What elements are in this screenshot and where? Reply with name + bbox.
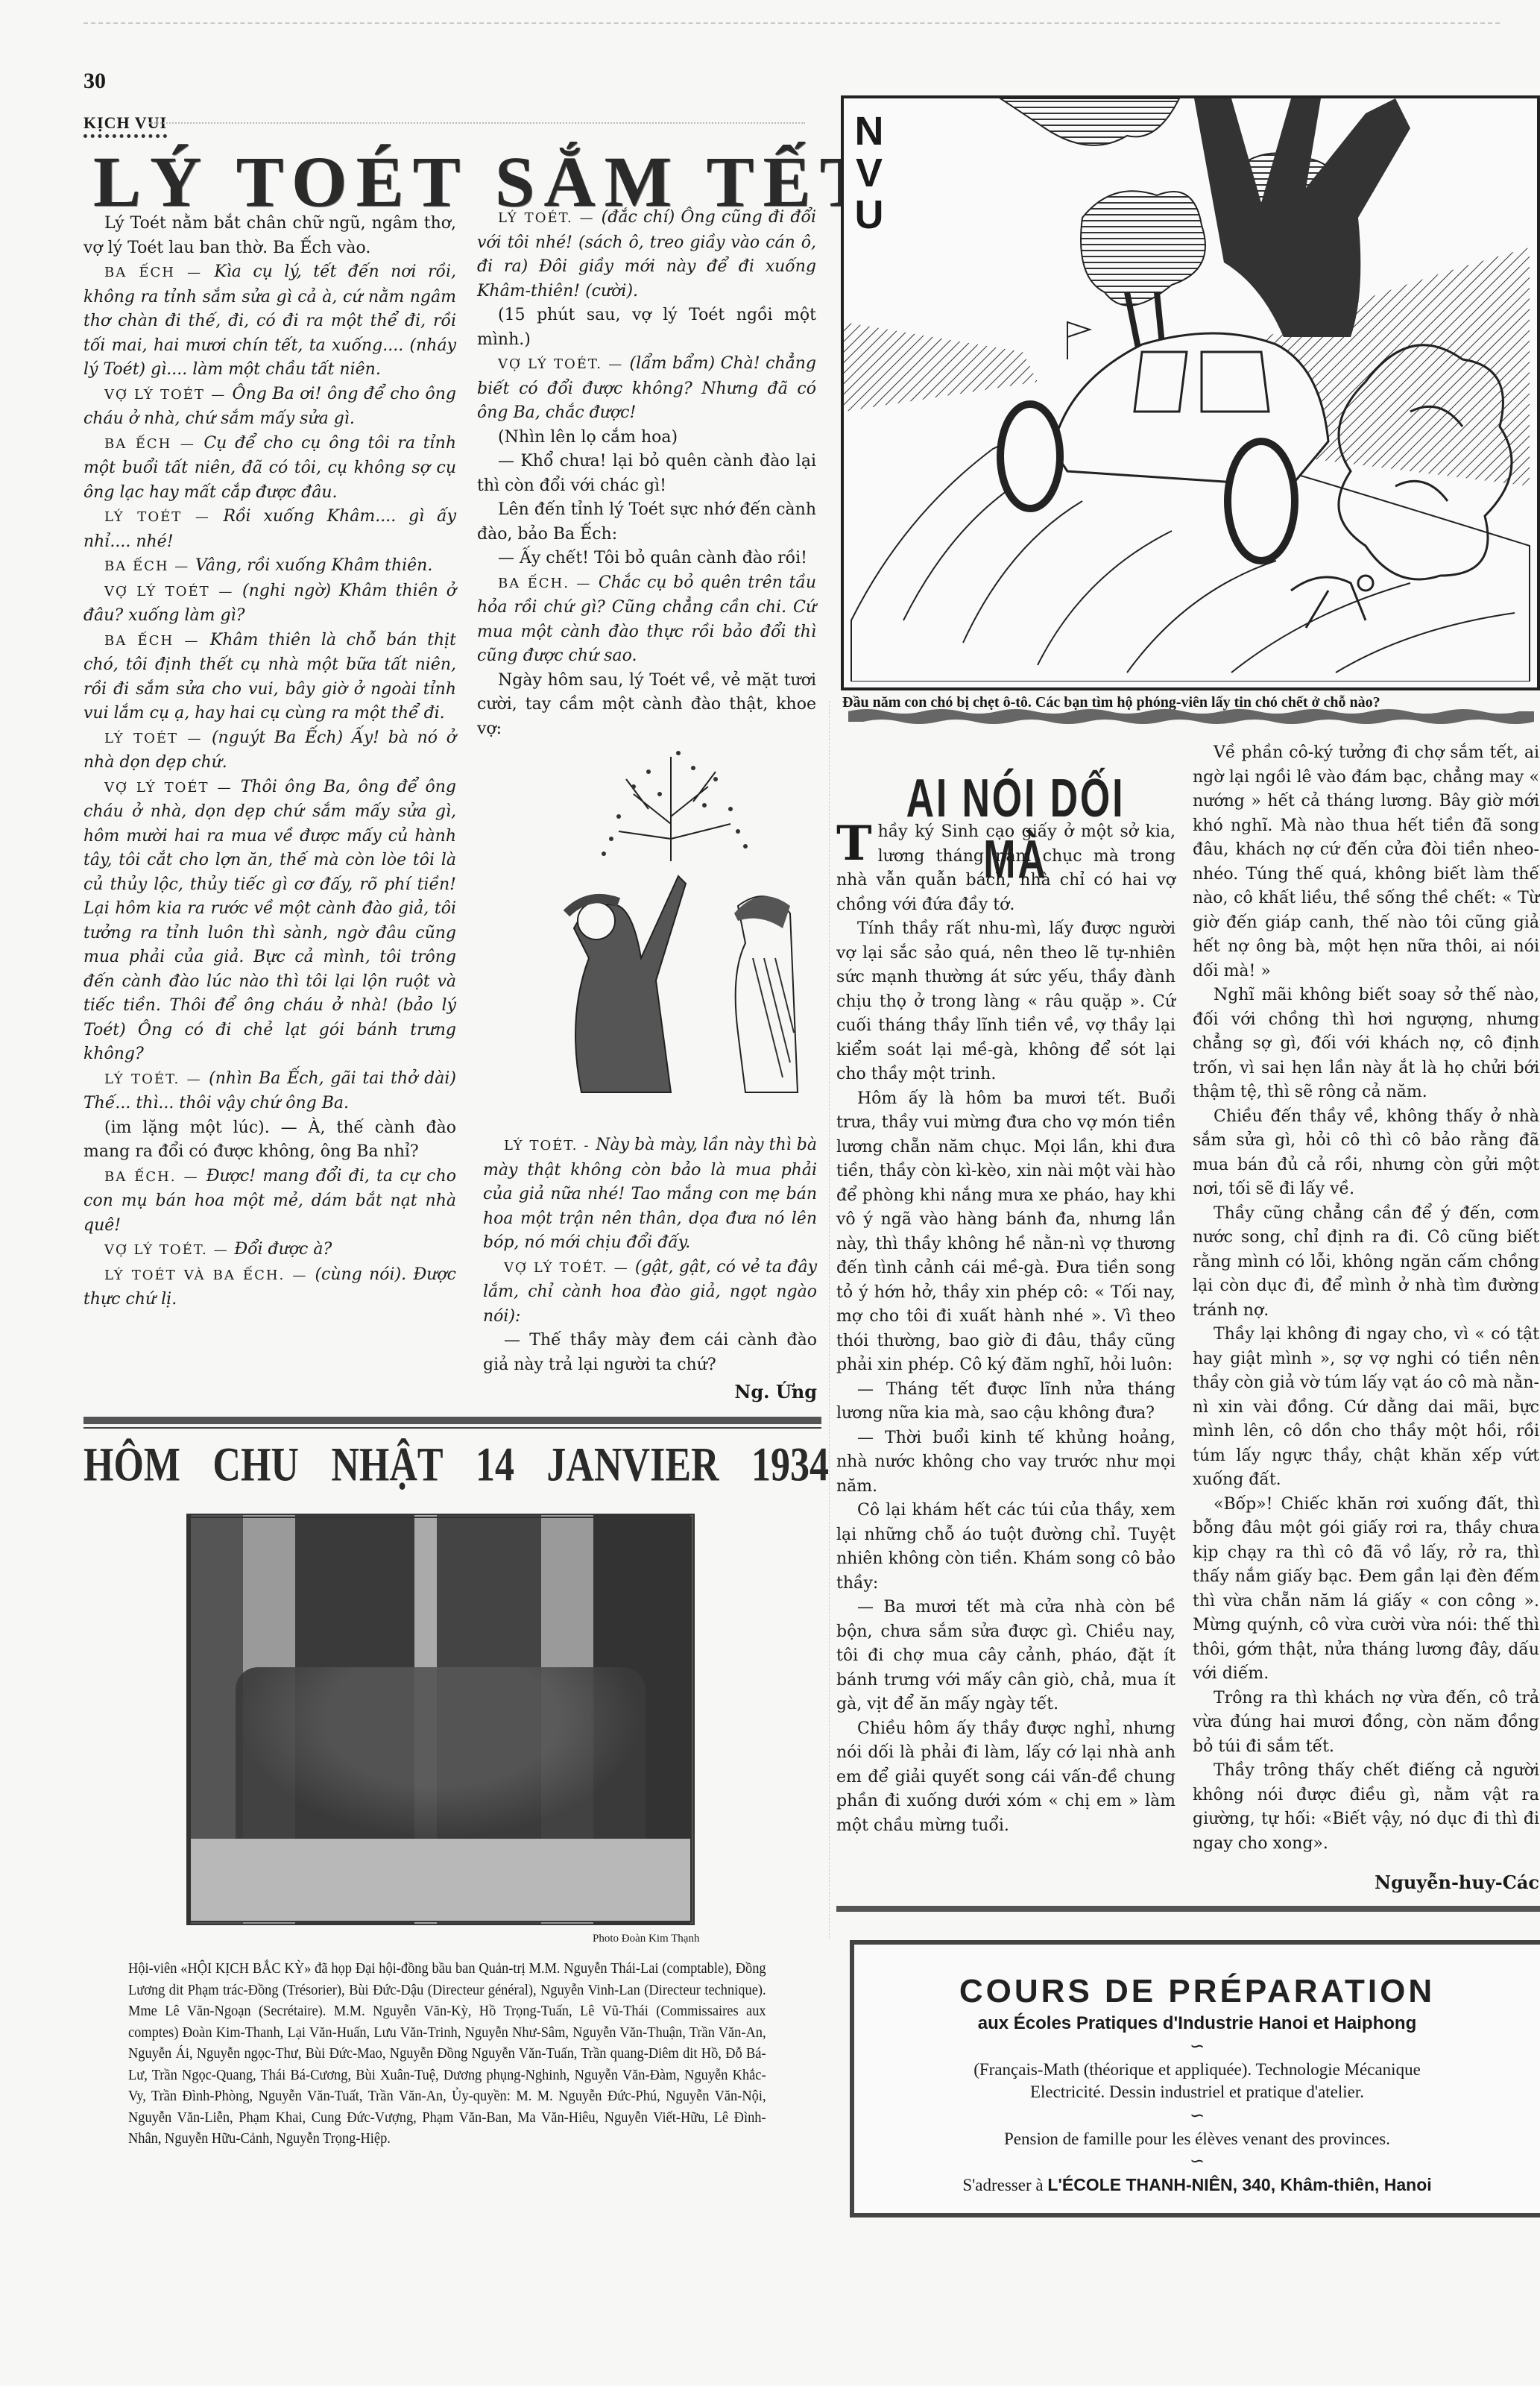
story-paragraph: Thầy trông thấy chết điếng cả người khôn… — [1193, 1759, 1539, 1856]
dialogue-paragraph: LÝ TOÉT — Rồi xuống Khâm.... gì ấy nhỉ..… — [83, 505, 456, 554]
story1-column-2-bottom: LÝ TOÉT. - Này bà mày, lần này thì bà mà… — [483, 1133, 817, 1405]
advertisement-box: COURS DE PRÉPARATION aux Écoles Pratique… — [850, 1940, 1540, 2217]
photo-ground — [191, 1839, 690, 1921]
right-separator-rule — [836, 1906, 1540, 1912]
dialogue-paragraph: (Nhìn lên lọ cắm hoa) — [477, 426, 816, 450]
dialogue-paragraph: Lý Toét nằm bắt chân chữ ngũ, ngâm thơ, … — [83, 212, 456, 260]
story2-column-1: Thầy ký Sinh cạo giấy ở một sở kia, lươn… — [836, 820, 1175, 1838]
speaker-label: BA ẾCH — — [104, 265, 214, 280]
story-paragraph: Chiều đến thầy về, không thấy ở nhà sắm … — [1193, 1105, 1539, 1202]
speaker-label: VỢ LÝ TOÉT. — — [504, 1260, 635, 1276]
photo-section-headline: HÔMCHUNHẬT14JANVIER1934 — [83, 1438, 829, 1493]
headline-word: HÔM — [83, 1438, 180, 1493]
car-chasing-dog-icon — [844, 98, 1531, 682]
group-photo — [186, 1514, 695, 1925]
speaker-label: BA ẾCH — — [104, 558, 195, 574]
dialogue-paragraph: (im lặng một lúc). — À, thế cành đào man… — [83, 1116, 456, 1165]
story-paragraph: Hôm ấy là hôm ba mươi tết. Buổi trưa, th… — [836, 1087, 1175, 1378]
speaker-label: LÝ TOÉT VÀ BA ẾCH. — — [104, 1268, 315, 1283]
ornament-icon: ∽ — [854, 2150, 1540, 2172]
story-paragraph: «Bốp»! Chiếc khăn rơi xuống đất, thì bỗn… — [1193, 1493, 1539, 1687]
headline-word: 14 — [476, 1438, 514, 1493]
dialogue-paragraph: LÝ TOÉT. — (đắc chí) Ông cũng đi đổi với… — [477, 206, 816, 303]
speaker-label: VỢ LÝ TOÉT. — — [498, 356, 630, 372]
ad-pension: Pension de famille pour les élèves venan… — [854, 2130, 1540, 2149]
column-divider — [829, 701, 830, 1939]
dialogue-paragraph: LÝ TOÉT. - Này bà mày, lần này thì bà mà… — [483, 1133, 817, 1256]
dialogue-text: (im lặng một lúc). — À, thế cành đào man… — [83, 1118, 456, 1162]
dialogue-paragraph: LÝ TOÉT VÀ BA ẾCH. — (cùng nói). Được th… — [83, 1263, 456, 1312]
story-paragraph: — Ba mươi tết mà cửa nhà còn bề bộn, chư… — [836, 1596, 1175, 1717]
headline-word: CHU — [212, 1438, 299, 1493]
dialogue-paragraph: (15 phút sau, vợ lý Toét ngồi một mình.) — [477, 303, 816, 352]
speaker-label: LÝ TOÉT. — — [104, 1071, 209, 1087]
dialogue-paragraph: VỢ LÝ TOÉT. — (lẩm bẩm) Chà! chẳng biết … — [477, 352, 816, 426]
dialogue-text: — Thế thầy mày đem cái cành đào giả này … — [483, 1331, 817, 1374]
story1-author: Ng. Ứng — [483, 1380, 817, 1405]
dialogue-text: — Khổ chưa! lại bỏ quên cành đào lại thì… — [477, 452, 816, 495]
dialogue-text: Vâng, rồi xuống Khâm thiên. — [195, 556, 432, 575]
cartoon-signature: NVU — [854, 110, 884, 236]
dialogue-paragraph: BA ẾCH. — Chắc cụ bỏ quên trên tầu hỏa r… — [477, 571, 816, 669]
dialogue-paragraph: BA ẾCH — Vâng, rồi xuống Khâm thiên. — [83, 554, 456, 579]
photo-credit: Photo Đoàn Kim Thạnh — [593, 1933, 699, 1945]
dialogue-paragraph: VỢ LÝ TOÉT. — (gật, gật, có vẻ ta đây lắ… — [483, 1256, 817, 1329]
drop-cap: T — [836, 823, 872, 865]
speaker-label: VỢ LÝ TOÉT — — [104, 584, 242, 599]
dialogue-text: Lý Toét nằm bắt chân chữ ngũ, ngâm thơ, … — [83, 214, 456, 257]
ad-subjects-1: (Français-Math (théorique et appliquée).… — [854, 2059, 1540, 2081]
dialogue-text: (Nhìn lên lọ cắm hoa) — [498, 428, 678, 447]
couple-with-peach-branch-icon — [522, 734, 820, 1107]
story-paragraph: Chiều hôm ấy thầy được nghỉ, nhưng nói d… — [836, 1717, 1175, 1839]
ad-address-prefix: S'adresser à — [962, 2176, 1043, 2194]
story2-column-2: Về phần cô-ký tưởng đi chợ sắm tết, ai n… — [1193, 741, 1539, 1895]
section-kicker: KỊCH VUI — [83, 113, 167, 138]
ornament-icon: ∽ — [854, 2105, 1540, 2127]
speaker-label: VỢ LÝ TOÉT — — [104, 387, 233, 403]
ornament-icon: ∽ — [854, 2036, 1540, 2057]
top-dotted-border — [83, 22, 1500, 24]
photo-caption-members: Hội-viên «HỘI KỊCH BẮC KỲ» đã họp Đại hộ… — [128, 1958, 766, 2150]
story-paragraph: Cô lại khám hết các túi của thầy, xem lạ… — [836, 1499, 1175, 1596]
story-paragraph: Thầy lại không đi ngay cho, vì « có tật … — [1193, 1323, 1539, 1493]
story-paragraph: — Thời buổi kinh tế khủng hoảng, nhà nướ… — [836, 1426, 1175, 1499]
dialogue-text: Ngày hôm sau, lý Toét về, vẻ mặt tươi cư… — [477, 671, 816, 738]
dialogue-text: Thôi ông Ba, ông để ông cháu ở nhà, dọn … — [83, 778, 456, 1064]
dialogue-paragraph: BA ẾCH — Kìa cụ lý, tết đến nơi rồi, khô… — [83, 260, 456, 383]
dialogue-paragraph: Lên đến tỉnh lý Toét sực nhớ đến cành đà… — [477, 498, 816, 547]
speaker-label: BA ẾCH. — — [498, 576, 599, 591]
dialogue-paragraph: VỢ LÝ TOÉT — Thôi ông Ba, ông để ông chá… — [83, 775, 456, 1067]
dialogue-paragraph: LÝ TOÉT — (nguýt Ba Ếch) Ấy! bà nó ở nhà… — [83, 726, 456, 775]
dialogue-paragraph: VỢ LÝ TOÉT — (nghi ngờ) Khâm thiên ở đâu… — [83, 579, 456, 629]
speaker-label: LÝ TOÉT — — [104, 731, 212, 746]
ad-address-school: L'ÉCOLE THANH-NIÊN, 340, Khâm-thiên, Han… — [1047, 2175, 1431, 2194]
headline-word: NHẬT — [331, 1438, 443, 1493]
ad-title: COURS DE PRÉPARATION — [854, 1973, 1540, 2010]
wavy-divider — [848, 707, 1534, 725]
speaker-label: BA ẾCH — — [104, 436, 203, 452]
dialogue-paragraph: — Khổ chưa! lại bỏ quên cành đào lại thì… — [477, 450, 816, 498]
story2-author: Nguyễn-huy-Các — [1193, 1871, 1539, 1895]
dialogue-paragraph: BA ẾCH — Cụ để cho cụ ông tôi ra tỉnh mộ… — [83, 432, 456, 506]
ad-subtitle: aux Écoles Pratiques d'Industrie Hanoi e… — [854, 2013, 1540, 2034]
speaker-label: VỢ LÝ TOÉT — — [104, 780, 241, 796]
dialogue-paragraph: — Thế thầy mày đem cái cành đào giả này … — [483, 1329, 817, 1377]
section-separator-rule — [83, 1417, 821, 1429]
page-number: 30 — [83, 69, 106, 94]
speaker-label: LÝ TOÉT — — [104, 509, 223, 525]
ad-subjects-2: Electricité. Dessin industriel et pratiq… — [854, 2081, 1540, 2103]
story-paragraph: Tính thầy rất nhu-mì, lấy được người vợ … — [836, 917, 1175, 1087]
story1-column-2: LÝ TOÉT. — (đắc chí) Ông cũng đi đổi với… — [477, 206, 816, 741]
headline-word: 1934 — [751, 1438, 829, 1493]
story-paragraph: Trông ra thì khách nợ vừa đến, cô trả vừ… — [1193, 1687, 1539, 1760]
car-dog-cartoon: NVU — [841, 95, 1540, 690]
dialogue-paragraph: VỢ LÝ TOÉT. — Đổi được à? — [83, 1238, 456, 1263]
dialogue-text: (15 phút sau, vợ lý Toét ngồi một mình.) — [477, 306, 816, 349]
story-paragraph: Thầy ký Sinh cạo giấy ở một sở kia, lươn… — [836, 820, 1175, 917]
ad-address: S'adresser à L'ÉCOLE THANH-NIÊN, 340, Kh… — [854, 2175, 1540, 2195]
kicker-rule — [149, 122, 805, 124]
dialogue-paragraph: BA ẾCH. — Được! mang đổi đi, ta cự cho c… — [83, 1165, 456, 1238]
story-paragraph: Thầy cũng chẳng cần để ý đến, cơm nước s… — [1193, 1202, 1539, 1323]
peach-branch-illustration — [522, 734, 820, 1107]
dialogue-text: — Ấy chết! Tôi bỏ quân cành đào rồi! — [498, 549, 807, 567]
story-paragraph: Về phần cô-ký tưởng đi chợ sắm tết, ai n… — [1193, 741, 1539, 983]
dialogue-text: Đổi được à? — [234, 1240, 332, 1259]
speaker-label: LÝ TOÉT. — — [498, 210, 602, 226]
dialogue-paragraph: — Ấy chết! Tôi bỏ quân cành đào rồi! — [477, 547, 816, 571]
speaker-label: VỢ LÝ TOÉT. — — [104, 1242, 234, 1258]
crowd-of-members — [236, 1667, 646, 1839]
headline-word: JANVIER — [546, 1438, 719, 1493]
dialogue-paragraph: Ngày hôm sau, lý Toét về, vẻ mặt tươi cư… — [477, 669, 816, 742]
speaker-label: LÝ TOÉT. - — [504, 1138, 596, 1153]
dialogue-text: Lên đến tỉnh lý Toét sực nhớ đến cành đà… — [477, 500, 816, 544]
speaker-label: BA ẾCH. — — [104, 1169, 206, 1185]
speaker-label: BA ẾCH — — [104, 633, 210, 649]
story-paragraph: Nghĩ mãi không biết soay sở thế nào, đối… — [1193, 983, 1539, 1105]
dialogue-paragraph: LÝ TOÉT. — (nhìn Ba Ếch, gãi tai thở dài… — [83, 1067, 456, 1116]
story1-column-1: Lý Toét nằm bắt chân chữ ngũ, ngâm thơ, … — [83, 212, 456, 1312]
story-paragraph: — Tháng tết được lĩnh nửa tháng lương nữ… — [836, 1378, 1175, 1426]
dialogue-paragraph: BA ẾCH — Khâm thiên là chỗ bán thịt chó,… — [83, 629, 456, 726]
dialogue-paragraph: VỢ LÝ TOÉT — Ông Ba ơi! ông để cho ông c… — [83, 383, 456, 432]
